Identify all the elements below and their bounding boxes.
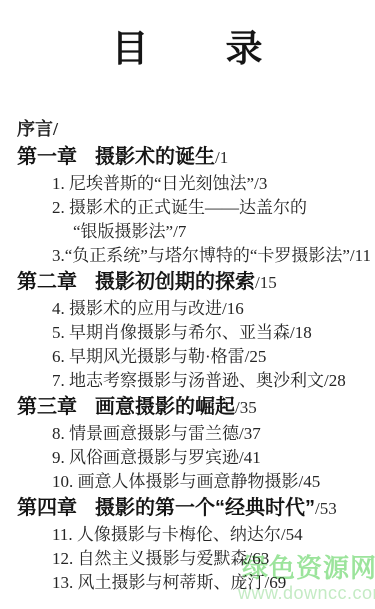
toc-entry: 7. 地志考察摄影与汤普逊、奥沙利文/28 xyxy=(0,369,375,393)
chapter-page-number: /53 xyxy=(315,499,337,518)
page-title: 目 录 xyxy=(0,0,375,70)
chapter-title: 摄影的第一个“经典时代” xyxy=(95,497,315,519)
toc-entry: 5. 早期肖像摄影与希尔、亚当森/18 xyxy=(0,321,375,345)
toc-chapter-4: 第四章摄影的第一个“经典时代”/53 xyxy=(0,494,375,523)
toc-entry: 3.“负正系统”与塔尔博特的“卡罗摄影法”/11 xyxy=(0,244,375,268)
toc-entry: 11. 人像摄影与卡梅伦、纳达尔/54 xyxy=(0,523,375,547)
chapter-label: 第四章 xyxy=(17,494,77,522)
toc-page: 目 录 序言/ 第一章摄影术的诞生/1 1. 尼埃普斯的“日光刻蚀法”/3 2.… xyxy=(0,0,375,609)
chapter-label: 第一章 xyxy=(17,143,77,171)
watermark-site-url: www.downcc.com xyxy=(238,583,375,603)
toc-entry: 1. 尼埃普斯的“日光刻蚀法”/3 xyxy=(0,172,375,196)
toc-chapter-1: 第一章摄影术的诞生/1 xyxy=(0,143,375,172)
chapter-title: 摄影术的诞生 xyxy=(95,146,215,168)
toc-chapter-2: 第二章摄影初创期的探索/15 xyxy=(0,268,375,297)
chapter-title: 画意摄影的崛起 xyxy=(95,396,235,418)
chapter-label: 第三章 xyxy=(17,393,77,421)
toc-entry-continuation: “银版摄影法”/7 xyxy=(0,220,375,244)
toc-entry: 8. 情景画意摄影与雷兰德/37 xyxy=(0,422,375,446)
chapter-label: 第二章 xyxy=(17,268,77,296)
toc-list: 序言/ 第一章摄影术的诞生/1 1. 尼埃普斯的“日光刻蚀法”/3 2. 摄影术… xyxy=(0,116,375,595)
toc-entry: 9. 风俗画意摄影与罗宾逊/41 xyxy=(0,446,375,470)
chapter-page-number: /15 xyxy=(255,273,277,292)
toc-chapter-3: 第三章画意摄影的崛起/35 xyxy=(0,393,375,422)
toc-entry: 2. 摄影术的正式诞生——达盖尔的 xyxy=(0,196,375,220)
toc-entry: 10. 画意人体摄影与画意静物摄影/45 xyxy=(0,470,375,494)
toc-preface: 序言/ xyxy=(0,116,375,143)
toc-entry: 6. 早期风光摄影与勒·格雷/25 xyxy=(0,345,375,369)
chapter-title: 摄影初创期的探索 xyxy=(95,271,255,293)
watermark-site-name: 绿色资源网 xyxy=(242,552,375,584)
chapter-page-number: /35 xyxy=(235,398,257,417)
toc-entry: 4. 摄影术的应用与改进/16 xyxy=(0,297,375,321)
chapter-page-number: /1 xyxy=(215,148,228,167)
